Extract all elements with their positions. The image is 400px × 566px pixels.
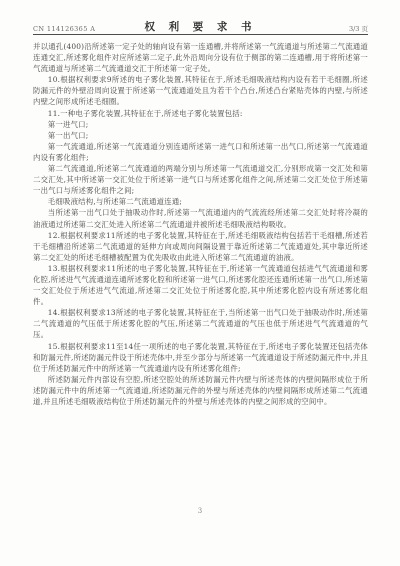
claim-14-paragraph: 14.根据权利要求13所述的电子雾化装置,其特征在于,当所述第一出气口处于抽吸动… — [33, 307, 368, 340]
claim-13-paragraph: 13.根据权利要求11所述的电子雾化装置,其特征在于,所述第一气流通道包括进气气… — [33, 263, 368, 307]
claim-10-paragraph: 10.根据权利要求9所述的电子雾化装置,其特征在于,所述毛细吸液结构内设有若干毛… — [33, 74, 368, 107]
page-header: CN 114126365 A 权 利 要 求 书 3/3 页 — [33, 20, 368, 34]
page-number: 3 — [198, 507, 202, 515]
patent-claims-page: CN 114126365 A 权 利 要 求 书 3/3 页 并以通孔(400)… — [0, 0, 400, 566]
page-indicator: 3/3 页 — [349, 24, 368, 33]
claim-15-continuation-paragraph: 所述防漏元件内部设有空腔,所述空腔处的所述防漏元件内壁与所述壳体的内壁间隔形成位… — [33, 374, 368, 407]
claims-continuation-paragraph: 并以通孔(400)沿所述第一定子处的轴向设有第一连通槽,并将所述第一气流通道与所… — [33, 41, 368, 74]
claims-body: 并以通孔(400)沿所述第一定子处的轴向设有第一连通槽,并将所述第一气流通道与所… — [33, 41, 368, 407]
claim-11-item-second-airflow: 第二气流通道,所述第二气流通道的两端分别与所述第一气流通道交汇,分别形成第一交汇… — [33, 163, 368, 196]
claim-11-item-suction: 当所述第一出气口处于抽吸动作时,所述第一气流通道内的气流流经所述第二交汇处时将冷… — [33, 207, 368, 229]
header-divider — [33, 34, 368, 35]
claim-12-paragraph: 12.根据权利要求11所述的电子雾化装置,其特征在于,所述毛细吸液结构包括若干毛… — [33, 230, 368, 263]
patent-number: CN 114126365 A — [33, 25, 95, 33]
claim-11-item-inlet: 第一进气口; — [33, 119, 368, 130]
claim-11-item-capillary: 毛细吸液结构,与所述第二气流通道连通; — [33, 196, 368, 207]
claim-11-heading: 11.一种电子雾化装置,其特征在于,所述电子雾化装置包括: — [33, 108, 368, 119]
claim-11-item-outlet: 第一出气口; — [33, 130, 368, 141]
claim-11-item-first-airflow: 第一气流通道,所述第一气流通道分别连通所述第一进气口和所述第一出气口,所述第一气… — [33, 141, 368, 163]
claim-15-paragraph: 15.根据权利要求11至14任一项所述的电子雾化装置,其特征在于,所述电子雾化装… — [33, 341, 368, 374]
page-footer: 3 — [0, 507, 400, 515]
document-title: 权 利 要 求 书 — [144, 19, 256, 34]
